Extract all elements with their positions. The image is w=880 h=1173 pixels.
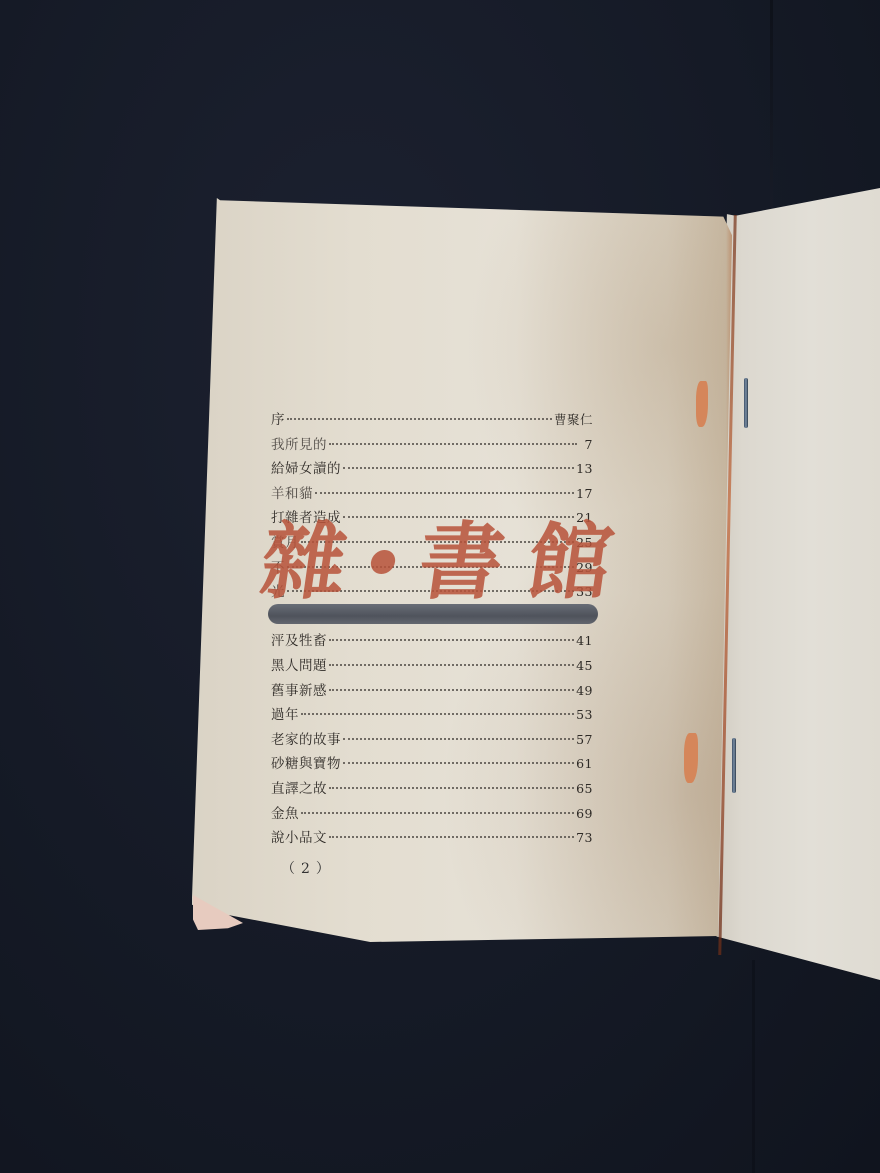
toc-page-number: 7 xyxy=(579,437,593,452)
toc-title: 打雜者造成 xyxy=(271,506,341,526)
dot-leader xyxy=(343,516,574,518)
dot-leader xyxy=(343,738,574,740)
toc-title: 黑人問題 xyxy=(271,654,327,674)
toc-page-number: 33 xyxy=(576,584,593,599)
toc-row: 金魚 69 xyxy=(271,802,593,827)
toc-row: 過年 53 xyxy=(271,703,593,728)
toc-row: 羊和貓 17 xyxy=(271,482,593,507)
dot-leader xyxy=(329,639,574,641)
toc-title: 老家的故事 xyxy=(271,728,341,748)
toc-row: 賞月 25 xyxy=(271,531,593,556)
toc-page-number: 17 xyxy=(576,486,593,501)
dot-leader xyxy=(287,418,552,420)
toc-page-number: 21 xyxy=(576,510,593,525)
toc-title: 金魚 xyxy=(271,802,299,822)
toc-row: 我所見的 7 xyxy=(271,433,593,458)
dot-leader xyxy=(329,664,574,666)
toc-row: 泙及牲畜 41 xyxy=(271,629,593,654)
toc-title: 不 xyxy=(271,556,285,576)
toc-page-number: 69 xyxy=(576,806,593,821)
toc-title: 舊事新感 xyxy=(271,679,327,699)
toc-title: 羊和貓 xyxy=(271,482,313,502)
dot-leader xyxy=(329,689,574,691)
toc-title: 泙及牲畜 xyxy=(271,629,327,649)
dot-leader xyxy=(315,492,574,494)
toc-title: 過年 xyxy=(271,703,299,723)
dot-leader xyxy=(301,541,574,543)
toc-page-number: 65 xyxy=(576,781,593,796)
dot-leader xyxy=(287,590,574,592)
toc-author: 曹聚仁 xyxy=(554,410,593,428)
toc-title: 光 xyxy=(271,580,285,600)
page-number: （2） xyxy=(281,858,336,878)
dot-leader xyxy=(329,836,574,838)
toc-row: 直譯之故 65 xyxy=(271,777,593,802)
toc-title: 序 xyxy=(271,408,285,428)
photo-scene: 序 曹聚仁 我所見的 7 給婦女讀的 13 羊和貓 17 打雜者造成 21 賞月… xyxy=(0,0,880,1173)
toc-page-number: 49 xyxy=(576,683,593,698)
table-seam xyxy=(770,0,773,210)
toc-row: 打雜者造成 21 xyxy=(271,506,593,531)
table-of-contents: 序 曹聚仁 我所見的 7 給婦女讀的 13 羊和貓 17 打雜者造成 21 賞月… xyxy=(271,408,593,851)
toc-page-number: 61 xyxy=(576,756,593,771)
toc-row: 不 29 xyxy=(271,556,593,581)
toc-row: 黑人問題 45 xyxy=(271,654,593,679)
dot-leader xyxy=(287,566,574,568)
dot-leader xyxy=(343,467,574,469)
toc-page-number: 29 xyxy=(576,560,593,575)
toc-page-number: 57 xyxy=(576,732,593,747)
toc-title: 直譯之故 xyxy=(271,777,327,797)
toc-row: 給婦女讀的 13 xyxy=(271,457,593,482)
toc-title: 給婦女讀的 xyxy=(271,457,341,477)
toc-title: 砂糖與寶物 xyxy=(271,752,341,772)
dot-leader xyxy=(329,443,577,445)
toc-title: 賞月 xyxy=(271,531,299,551)
toc-row: 光 33 xyxy=(271,580,593,605)
dot-leader xyxy=(329,787,574,789)
toc-page-number: 53 xyxy=(576,707,593,722)
paper-tear xyxy=(696,381,708,427)
toc-row: 說小品文 73 xyxy=(271,826,593,851)
toc-page-number: 41 xyxy=(576,633,593,648)
toc-page-number: 45 xyxy=(576,658,593,673)
toc-page-number: 73 xyxy=(576,830,593,845)
toc-row: 老家的故事 57 xyxy=(271,728,593,753)
dot-leader xyxy=(343,762,574,764)
toc-row: 砂糖與寶物 61 xyxy=(271,752,593,777)
dot-leader xyxy=(301,812,574,814)
table-seam-bottom xyxy=(752,960,755,1173)
toc-title: 我所見的 xyxy=(271,433,327,453)
toc-page-number: 13 xyxy=(576,461,593,476)
staple-icon xyxy=(732,738,736,793)
toc-row: 序 曹聚仁 xyxy=(271,408,593,433)
staple-icon xyxy=(744,378,748,428)
toc-title: 說小品文 xyxy=(271,826,327,846)
dot-leader xyxy=(301,713,574,715)
toc-page-number: 25 xyxy=(576,535,593,550)
paper-tear xyxy=(684,733,698,783)
toc-row: 舊事新感 49 xyxy=(271,679,593,704)
watermark-bar xyxy=(268,604,598,624)
